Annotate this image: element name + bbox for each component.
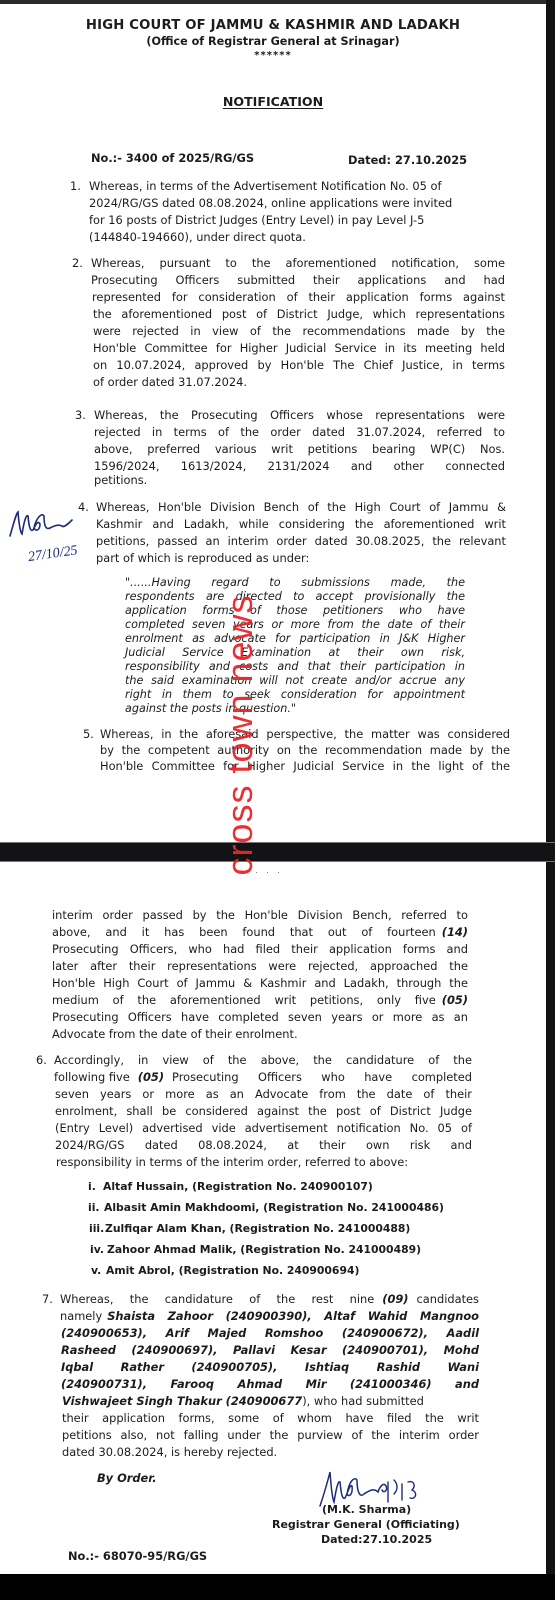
para-1-line: Whereas, in terms of the Advertisement N… [89,178,505,194]
rejected-candidate-names: (240900653), Arif Majed Romshoo (2409006… [61,1325,479,1341]
count-nine: (09) [382,1291,408,1307]
list-item: ii.Albasit Amin Makhdoomi, (Registration… [88,1200,444,1216]
court-name-heading: HIGH COURT OF JAMMU & KASHMIR AND LADAKH [0,18,546,34]
para-4-line: petitions, passed an interim order dated… [96,533,506,549]
para-7-line: petitions also, not falling under the pu… [62,1427,479,1443]
para-6-text: following five [54,1069,130,1085]
page-divider [0,842,555,862]
count-five: (05) [442,992,468,1008]
para-6-number: 6. [36,1052,47,1068]
list-item: iv.Zahoor Ahmad Malik, (Registration No.… [90,1242,421,1258]
para-7-line: Vishwajeet Singh Thakur (240900677 ), wh… [62,1393,479,1409]
para-7-text: candidates [417,1291,479,1307]
para-5-line: above, and it has been found that out of… [52,924,468,940]
para-6-line: following five (05) Prosecuting Officers… [54,1069,472,1085]
para-2-line: of order dated 31.07.2024. [93,374,247,390]
para-7-text: Whereas, the candidature of the rest nin… [60,1291,374,1307]
para-2-line: Hon'ble Committee for Higher Judicial Se… [93,340,505,356]
para-6-line: 2024/RG/GS dated 08.08.2024, at their ow… [55,1137,472,1153]
para-4-line: Whereas, Hon'ble Division Bench of the H… [96,499,506,515]
endorsement-number: No.:- 68070-95/RG/GS [68,1548,207,1564]
notification-title: NOTIFICATION [0,94,546,110]
rejected-candidate-names: (240900731), Farooq Ahmad Mir (241000346… [61,1376,479,1392]
para-2-line: the aforementioned post of District Judg… [93,306,505,322]
bottom-frame-band [0,1574,555,1600]
list-item: v.Amit Abrol, (Registration No. 24090069… [91,1263,359,1279]
para-6-line: responsibility in terms of the interim o… [56,1154,408,1170]
para-7-text: ), who had submitted [302,1393,479,1409]
para-2-line: represented for consideration of their a… [92,289,505,305]
para-4-line: Kashmir and Ladakh, while considering th… [96,516,506,532]
para-3-line: petitions. [94,472,147,488]
para-6-text: Prosecuting Officers who have completed [172,1069,472,1085]
para-5-line-text: above, and it has been found that out of… [52,924,442,940]
para-5-line-text: medium of the aforementioned writ petiti… [52,992,442,1008]
signatory-designation: Registrar General (Officiating) [272,1517,460,1533]
count-five: (05) [138,1069,164,1085]
para-6-line: Accordingly, in view of the above, the c… [54,1052,472,1068]
para-5-line: Prosecuting Officers have completed seve… [52,1009,468,1025]
para-3-line: Whereas, the Prosecuting Officers whose … [94,407,505,423]
para-5-line: Prosecuting Officers, who had filed thei… [52,941,468,957]
para-6-line: (Entry Level) advertised vide advertisem… [55,1120,472,1136]
rejected-candidate-names: Shaista Zahoor (240900390), Altaf Wahid … [107,1308,479,1324]
document-page-2: interim order passed by the Hon'ble Divi… [0,862,546,1574]
para-7-line: dated 30.08.2024, is hereby rejected. [62,1444,277,1460]
para-1-number: 1. [70,178,81,194]
para-2-line: Prosecuting Officers submitted their app… [91,272,505,288]
para-3-line: rejected in terms of the order dated 31.… [94,424,505,440]
right-frame-edge [546,0,555,1574]
svg-text:27/10/25: 27/10/25 [27,543,78,565]
para-5-line: Hon'ble Committee for Higher Judicial Se… [100,758,510,774]
para-2-line: were rejected in view of the recommendat… [93,323,505,339]
margin-signature-icon: 27/10/25 [6,504,86,576]
stars-divider: ****** [0,48,546,64]
para-1-line: for 16 posts of District Judges (Entry L… [89,212,505,228]
list-item: iii.Zulfiqar Alam Khan, (Registration No… [89,1221,410,1237]
para-7-line: Whereas, the candidature of the rest nin… [60,1291,479,1307]
para-5-line: Whereas, in the aforesaid perspective, t… [100,726,510,742]
para-6-line: enrolment, shall be considered against t… [55,1103,472,1119]
para-2-line: Whereas, pursuant to the aforementioned … [91,255,505,271]
para-7-line: namely Shaista Zahoor (240900390), Altaf… [60,1308,479,1324]
signature-date: Dated:27.10.2025 [321,1532,432,1548]
document-page-1: HIGH COURT OF JAMMU & KASHMIR AND LADAKH… [0,4,546,842]
para-2-number: 2. [72,255,83,271]
para-7-number: 7. [42,1291,53,1307]
para-5-line: medium of the aforementioned writ petiti… [52,992,468,1008]
rejected-candidate-names: Vishwajeet Singh Thakur (240900677 [62,1393,302,1409]
para-5-line: by the competent authority on the recomm… [100,742,510,758]
rejected-candidate-names: Iqbal Rather (240900705), Ishtiaq Rashid… [61,1359,479,1375]
para-1-line: 2024/RG/GS dated 08.08.2024, online appl… [89,195,505,211]
scan-dots: . . . . [244,866,283,875]
count-fourteen: (14) [442,924,468,940]
list-item: i.Altaf Hussain, (Registration No. 24090… [88,1179,373,1195]
notification-date: Dated: 27.10.2025 [348,152,467,168]
para-3-line: above, preferred various writ petitions … [94,441,505,457]
para-5-number: 5. [83,726,94,742]
rejected-candidate-names: Rasheed (240900697), Pallavi Kesar (2409… [61,1342,479,1358]
notification-number: No.:- 3400 of 2025/RG/GS [91,150,254,166]
by-order-label: By Order. [97,1470,157,1486]
para-5-line: later after their representations were r… [52,958,468,974]
para-1-line: (144840-194660), under direct quota. [89,229,306,245]
para-5-line: Advocate from the date of their enrolmen… [52,1026,298,1042]
para-6-line: seven years or more as an Advocate from … [55,1086,472,1102]
quote-line: against the posts in question." [125,701,296,717]
signatory-name: (M.K. Sharma) [322,1502,411,1518]
para-3-line: 1596/2024, 1613/2024, 2131/2024 and othe… [94,458,505,474]
para-3-number: 3. [75,407,86,423]
para-5-line: interim order passed by the Hon'ble Divi… [52,907,468,923]
para-5-line: Hon'ble High Court of Jammu & Kashmir an… [52,975,468,991]
para-7-line: their application forms, some of whom ha… [62,1410,479,1426]
para-7-text: namely [60,1308,102,1324]
para-4-line: part of which is reproduced as under: [96,550,309,566]
para-2-line: on 10.07.2024, approved by Hon'ble The C… [93,357,505,373]
